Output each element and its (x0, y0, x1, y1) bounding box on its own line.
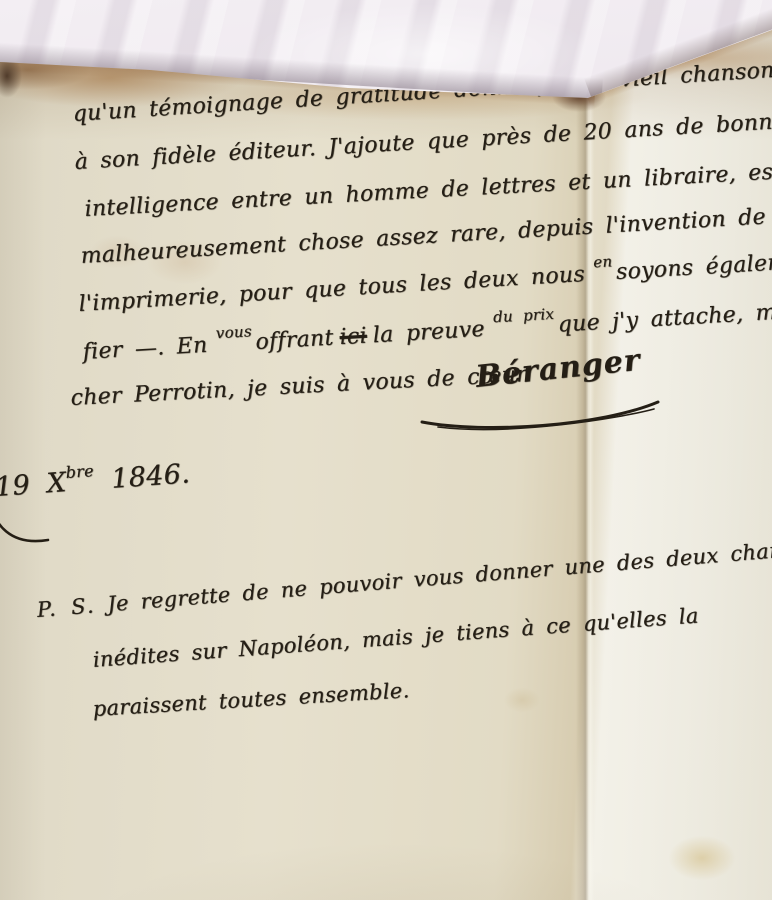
postscript-label: P. S. (36, 593, 96, 622)
line6-text-b: offrant (255, 326, 335, 355)
line6-insertion-du-prix: du prix (493, 305, 555, 326)
photo-scene: qu'un témoignage de gratitude donné par … (0, 0, 772, 900)
line6-insertion-vous: vous (215, 322, 252, 342)
letter-page: qu'un témoignage de gratitude donné par … (0, 0, 772, 900)
line6-struck-word: ici (339, 324, 368, 351)
date-superscript: bre (65, 461, 95, 482)
signature-flourish (416, 396, 666, 432)
line5-interlinear-insertion: en (593, 252, 613, 271)
date-day-month: 19 X (0, 467, 67, 503)
